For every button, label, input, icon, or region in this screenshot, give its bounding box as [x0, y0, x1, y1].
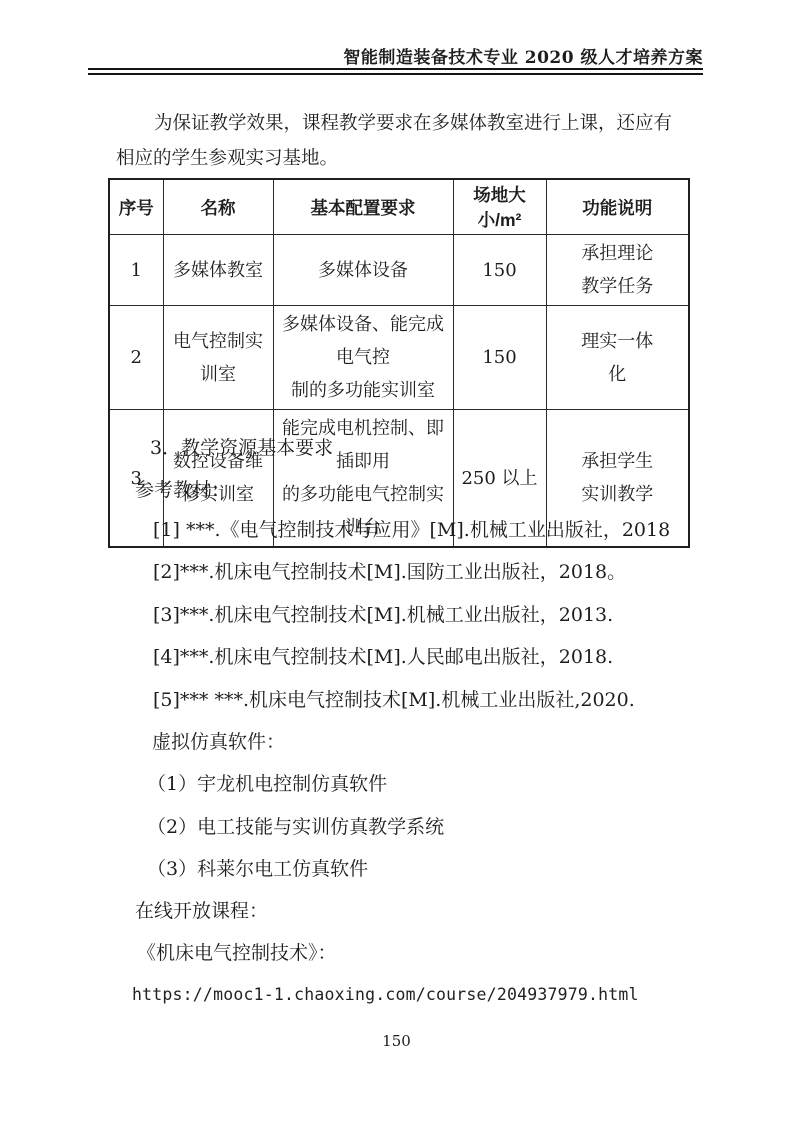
simulation-software-label: 虚拟仿真软件：: [152, 731, 285, 754]
intro-paragraph-line: 相应的学生参观实习基地。: [116, 148, 338, 170]
reference-item: [1] ***.《电气控制技术与应用》[M].机械工业出版社，2018: [153, 519, 670, 542]
reference-textbooks-label: 参考教材：: [135, 479, 230, 502]
simulation-software-item: （1）宇龙机电控制仿真软件: [147, 773, 387, 796]
table-header-cell: 场地大小/m²: [453, 179, 546, 235]
table-header-cell: 名称: [163, 179, 273, 235]
document-page: 智能制造装备技术专业 2020 级人才培养方案 为保证教学效果，课程教学要求在多…: [0, 0, 793, 1122]
table-cell: 电气控制实 训室: [163, 306, 273, 410]
table-cell: 承担理论 教学任务: [546, 235, 689, 306]
simulation-software-item: （2）电工技能与实训仿真教学系统: [147, 816, 444, 839]
table-cell: 多媒体设备、能完成电气控 制的多功能实训室: [273, 306, 453, 410]
table-cell: 150: [453, 306, 546, 410]
page-header-title: 智能制造装备技术专业 2020 级人才培养方案: [343, 43, 703, 68]
table-header-cell: 基本配置要求: [273, 179, 453, 235]
footer-page-number: 150: [0, 1032, 793, 1050]
table-cell: 多媒体设备: [273, 235, 453, 306]
reference-item: [4]***.机床电气控制技术[M].人民邮电出版社，2018.: [153, 646, 613, 669]
section-heading-teaching-resources: 3．教学资源基本要求: [150, 437, 333, 460]
online-course-url: https://mooc1-1.chaoxing.com/course/2049…: [132, 985, 639, 1004]
table-cell: 理实一体 化: [546, 306, 689, 410]
header-double-rule: [88, 68, 703, 75]
table-cell: 150: [453, 235, 546, 306]
table-header-cell: 功能说明: [546, 179, 689, 235]
simulation-software-item: （3）科莱尔电工仿真软件: [147, 858, 368, 881]
table-cell: 2: [109, 306, 163, 410]
table-row: 1 多媒体教室 多媒体设备 150 承担理论 教学任务: [109, 235, 689, 306]
table-cell: 1: [109, 235, 163, 306]
table-header-row: 序号 名称 基本配置要求 场地大小/m² 功能说明: [109, 179, 689, 235]
online-course-name: 《机床电气控制技术》：: [137, 942, 337, 965]
table-row: 2 电气控制实 训室 多媒体设备、能完成电气控 制的多功能实训室 150 理实一…: [109, 306, 689, 410]
online-course-label: 在线开放课程：: [135, 900, 268, 923]
reference-item: [2]***.机床电气控制技术[M].国防工业出版社，2018。: [153, 561, 626, 584]
table-header-cell: 序号: [109, 179, 163, 235]
table-cell: 多媒体教室: [163, 235, 273, 306]
reference-item: [3]***.机床电气控制技术[M].机械工业出版社，2013.: [153, 604, 613, 627]
reference-item: [5]*** ***.机床电气控制技术[M].机械工业出版社,2020.: [153, 689, 635, 712]
intro-paragraph-line: 为保证教学效果，课程教学要求在多媒体教室进行上课，还应有: [116, 113, 672, 135]
